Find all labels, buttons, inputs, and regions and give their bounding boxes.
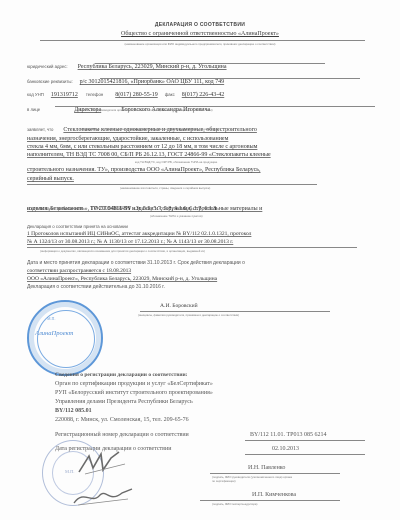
company-stamp: М.П. АлинаПроект (27, 300, 103, 376)
divider (200, 500, 340, 501)
divider (55, 106, 375, 107)
declaration-page: ДЕКЛАРАЦИЯ О СООТВЕТСТВИИ Общество с огр… (0, 0, 400, 520)
registration-line-2: Управления делами Президента Республики … (55, 399, 193, 405)
signature-1 (75, 448, 135, 478)
dates-line-1: Дата и место принятия декларации о соотв… (27, 260, 245, 266)
phone-label: телефон (86, 92, 103, 97)
declares-line-5: строительного назначения. ТУ», производс… (27, 167, 261, 173)
registration-line-1: РУП «Белорусский институт строительного … (55, 390, 213, 396)
signer-2-hint: (подпись, ФИО эксперта-аудитора) (212, 502, 292, 506)
company-name: Общество с ограниченной ответственностью… (0, 31, 400, 37)
registration-body: Орган по сертификации продукции и услуг … (55, 381, 213, 387)
conforms-line-2: изделия. Безопасность», ГОСТ 24866-99 п.… (27, 206, 216, 212)
divider (210, 473, 340, 474)
stamp-company-name: АлинаПроект (35, 330, 73, 337)
stamp-inner-ring (37, 310, 95, 368)
divider (40, 40, 365, 41)
signatory-name: А.И. Боровский (160, 303, 198, 309)
person-row: в лице Директора Боровского Александра И… (27, 98, 210, 116)
registration-line-3: BY/112 085.01 (55, 408, 92, 414)
stamp-mark: М.П. (47, 316, 55, 321)
declares-line-6: серийный выпуск. (27, 176, 74, 182)
person-hint: (должность, ФИО руководителя организации… (75, 108, 213, 112)
stamp-mark: М.П. (65, 469, 75, 474)
signer-1-name: И.Н. Павленко (248, 465, 285, 471)
signature-2 (70, 485, 135, 509)
basis-hint: (информация о документах, являющихся осн… (40, 249, 205, 253)
registration-line-4: 220088, г. Минск, ул. Смоленская, 15, те… (55, 417, 189, 423)
declares-label: заявляет, что (27, 127, 53, 132)
signatory-hint: (инициалы, фамилия руководителя, принявш… (138, 313, 239, 317)
dates-line-2: соответствии распространяется с 18.08.20… (27, 268, 131, 274)
divider (140, 311, 330, 312)
declares-line-2: назначения, энергосберегающие, ударостой… (27, 136, 228, 142)
declares-hint-3: (наименование изготовителя, страны, свед… (120, 186, 210, 190)
basis-line-2: № А 1324/13 от 30.08.2013 г.; № А 1130/1… (27, 239, 233, 245)
reg-number-label: Регистрационный номер декларации о соотв… (55, 432, 189, 438)
declares-line-3: стекла 4 мм, 6мм, с или стекольным расст… (27, 144, 257, 150)
divider (95, 63, 325, 64)
reg-number-value: BY/112 11.01. TP013 085 6214 (250, 432, 326, 438)
person-label: в лице (27, 107, 40, 112)
document-title: ДЕКЛАРАЦИЯ О СООТВЕТСТВИИ (0, 22, 400, 28)
divider (245, 454, 365, 455)
basis-line-1: 1 Протоколов испытаний ИЦ СИНиОС, аттест… (27, 231, 251, 237)
declares-hint-2: код ТН ВЭД ТС, код ОКП РБ, обозначение Т… (135, 160, 217, 164)
signer-2-name: И.П. Кимченкова (252, 492, 296, 498)
signer-1-hint: (подпись, ФИО руководителя (уполномоченн… (212, 475, 292, 483)
declares-hint-1: (наименование, тип, марка, артикул проду… (80, 127, 219, 131)
fax-label: факс (165, 92, 175, 97)
divider (27, 184, 317, 185)
dates-line-4: Декларация о соответствии действительна … (27, 284, 165, 290)
divider (100, 78, 360, 79)
divider (27, 247, 357, 248)
basis-label: Декларация о соответствии принята на осн… (27, 224, 128, 229)
reg-date-value: 02.10.2013 (272, 446, 299, 452)
dates-line-3: ООО «АлинаПроект», Республика Беларусь, … (27, 276, 217, 282)
divider (245, 440, 365, 441)
conforms-hint: (обозначение ТНПА и указание пунктов) (150, 214, 203, 218)
legal-address-label: юридический адрес: (27, 64, 68, 69)
company-hint: (наименование организации или ФИО индиви… (0, 42, 400, 46)
registration-heading: Сведения о регистрации декларации о соот… (55, 372, 188, 378)
unp-label: код УНП (27, 92, 44, 97)
declares-line-4: наполнителем, ТН ВЭД ТС 7008 00, СБ/П РБ… (27, 152, 271, 158)
